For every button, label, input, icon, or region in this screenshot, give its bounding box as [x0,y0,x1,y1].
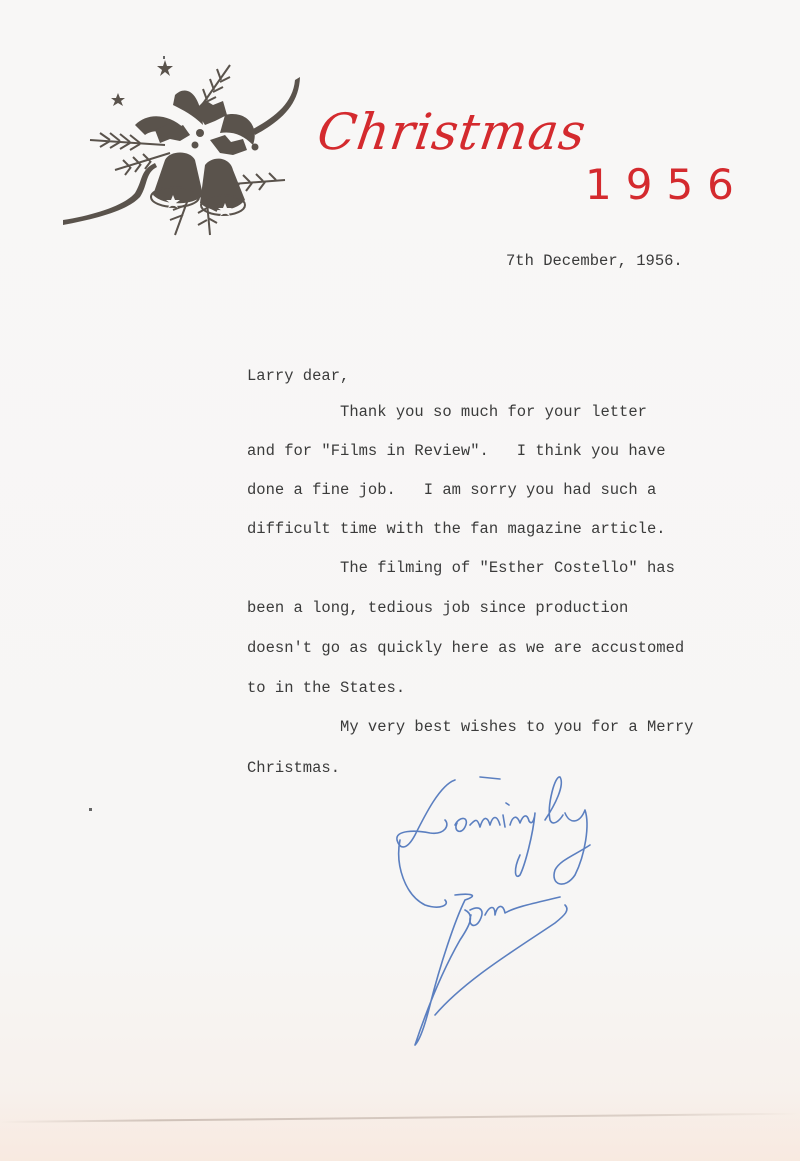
paper-discoloration [0,1090,800,1161]
handwritten-signature: Lovingly [385,765,665,1055]
body-line: The filming of "Esther Costello" has [247,558,675,578]
body-line: Christmas. [247,758,340,778]
body-line: difficult time with the fan magazine art… [247,519,666,539]
paper-speck [89,808,92,811]
body-line: My very best wishes to you for a Merry [247,717,693,737]
letterhead-title: Christmas [314,103,590,161]
paper-speck [163,56,165,59]
body-line: been a long, tedious job since productio… [247,598,628,618]
christmas-bells-icon [55,55,305,240]
body-line: Thank you so much for your letter [247,402,647,422]
star-icon [157,60,173,76]
letterhead-year: 1956 [585,160,748,209]
body-line: doesn't go as quickly here as we are acc… [247,638,684,658]
letter-date: 7th December, 1956. [506,252,683,270]
star-icon [111,93,125,106]
salutation: Larry dear, [247,366,349,386]
body-line: and for "Films in Review". I think you h… [247,441,666,461]
body-line: to in the States. [247,678,405,698]
body-line: done a fine job. I am sorry you had such… [247,480,656,500]
